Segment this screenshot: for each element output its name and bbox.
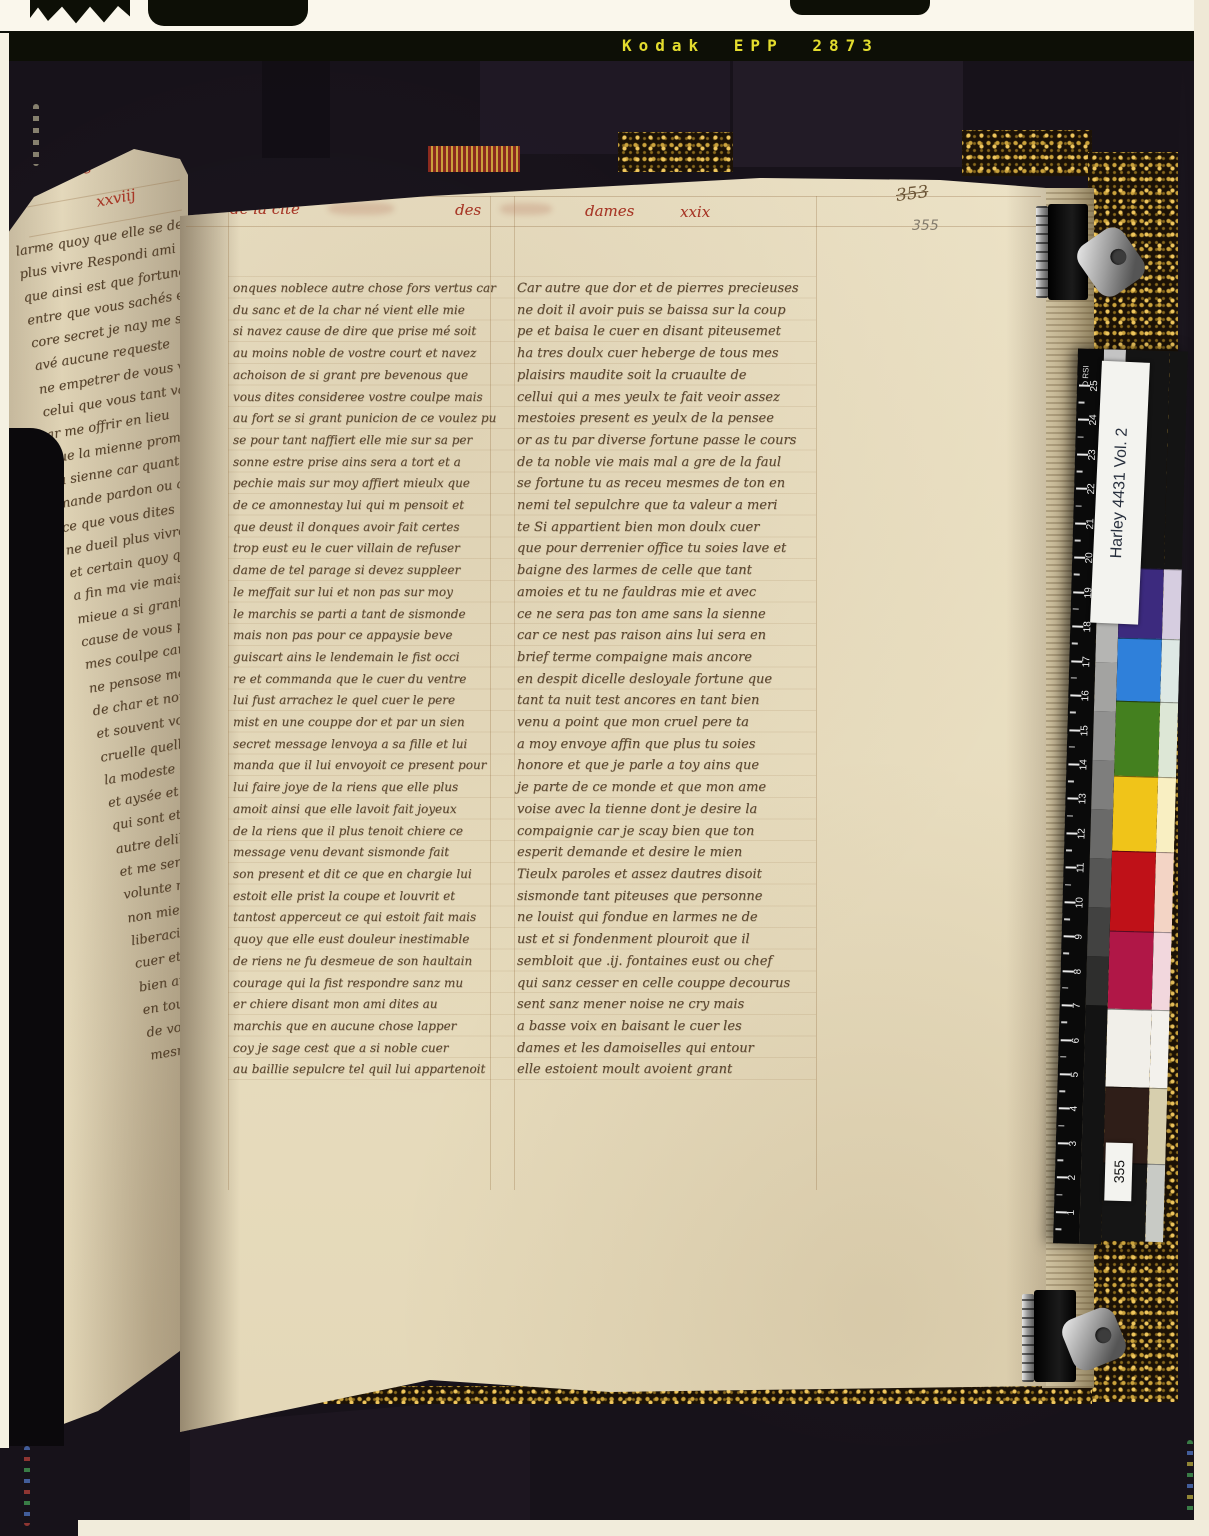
ruler-number: 6	[1070, 1033, 1084, 1047]
ruler-half-tick	[1063, 953, 1069, 955]
manuscript-line: secret message lenvoya a sa fille et lui	[233, 734, 491, 756]
film-notch-tab	[148, 0, 308, 26]
ruler-number: 12	[1075, 826, 1089, 840]
ruler-half-tick	[1067, 815, 1073, 817]
manuscript-line: mestoies present es yeulx de la pensee	[517, 408, 817, 430]
right-page: de la cite des dames xxix 353 355 onques…	[180, 170, 1046, 1438]
erased-rubric-ghost	[500, 203, 552, 215]
grayscale-step	[1091, 760, 1114, 810]
manuscript-line: de ta noble vie mais mal a gre de la fau…	[517, 452, 817, 474]
ruler-half-tick	[1071, 677, 1077, 679]
manuscript-line: de riens ne fu desmeue de son haultain	[233, 951, 491, 973]
film-stock-label: Kodak EPP 2873	[622, 36, 879, 55]
binder-clip-bar	[1036, 206, 1048, 298]
felt-strap	[262, 58, 330, 158]
running-title-part: des	[455, 201, 481, 219]
ruler-half-tick	[1073, 608, 1079, 610]
manuscript-line: se pour tant naffiert elle mie sur sa pe…	[233, 430, 491, 452]
ruler-half-tick	[1078, 402, 1084, 404]
manuscript-line: courage qui la fist respondre sanz mu	[233, 973, 491, 995]
grayscale-step	[1093, 711, 1116, 761]
manuscript-line: pechie mais sur moy affiert mieulx que	[233, 473, 491, 495]
manuscript-line: au baillie sepulcre tel quil lui apparte…	[233, 1059, 491, 1081]
binder-clip-bar	[1022, 1294, 1034, 1382]
ruler-number: 4	[1068, 1102, 1082, 1116]
manuscript-line: re et commanda que le cuer du ventre	[233, 669, 491, 691]
manuscript-line: dame de tel parage si devez suppleer	[233, 560, 491, 582]
manuscript-line: je parte de ce monde et que mon ame	[517, 777, 817, 799]
ruler-number: 17	[1080, 654, 1094, 668]
manuscript-line: que pour derrenier office tu soies lave …	[517, 538, 817, 560]
manuscript-line: le marchis se parti a tant de sismonde	[233, 604, 491, 626]
film-edge-marks	[33, 104, 39, 166]
manuscript-line: si navez cause de dire que prise mé soit	[233, 321, 491, 343]
volume-label-text: Harley 4431 Vol. 2	[1108, 427, 1132, 558]
ruler-half-tick	[1062, 987, 1068, 989]
manuscript-line: plaisirs maudite soit la cruaulte de	[517, 365, 817, 387]
grayscale-step	[1086, 956, 1109, 1006]
ruler-number: 1	[1065, 1205, 1079, 1219]
ruler-half-tick	[1061, 1022, 1067, 1024]
manuscript-line: cellui qui a mes yeulx te fait veoir ass…	[517, 387, 817, 409]
ruler-number: 16	[1079, 689, 1093, 703]
color-patch-green	[1114, 701, 1160, 777]
folio-label-text: 355	[1110, 1160, 1127, 1184]
manuscript-line: compaignie car je scay bien que ton	[517, 821, 817, 843]
grayscale-step	[1088, 858, 1111, 908]
folio-number-ink-struck: 353	[895, 182, 930, 206]
manuscript-line: elle estoient moult avoient grant	[517, 1059, 817, 1081]
film-frame-right	[1194, 0, 1209, 1536]
felt-patch	[733, 55, 963, 167]
running-title-part: xxix	[680, 203, 710, 221]
ruler-half-tick	[1072, 643, 1078, 645]
manuscript-line: du sanc et de la char né vient elle mie	[233, 300, 491, 322]
manuscript-line: Car autre que dor et de pierres precieus…	[517, 278, 817, 300]
ruler-number: 15	[1078, 723, 1092, 737]
ruler-number: 2	[1066, 1171, 1080, 1185]
text-column-2: Car autre que dor et de pierres precieus…	[517, 278, 817, 1081]
grayscale-step	[1090, 809, 1113, 859]
manuscript-line: le meffait sur lui et non pas sur moy	[233, 582, 491, 604]
ruler-number: 3	[1067, 1136, 1081, 1150]
manuscript-line: er chiere disant mon ami dites au	[233, 994, 491, 1016]
manuscript-line: tant ta nuit test ancores en tant bien	[517, 690, 817, 712]
manuscript-line: Tieulx paroles et assez dautres disoit	[517, 864, 817, 886]
film-frame-bottom	[78, 1520, 1209, 1536]
ruler-half-tick	[1058, 1125, 1064, 1127]
color-patch-yellow	[1112, 776, 1158, 852]
manuscript-line: quoy que elle eust douleur inestimable	[233, 929, 491, 951]
manuscript-line: guiscart ains le lendemain le fist occi	[233, 647, 491, 669]
ruler-half-tick	[1066, 849, 1072, 851]
color-patch-blue	[1116, 638, 1162, 702]
manuscript-line: ce ne sera pas ton ame sans la sienne	[517, 604, 817, 626]
ruler-half-tick	[1076, 505, 1082, 507]
ruler-number: 14	[1077, 758, 1091, 772]
ruler-half-tick	[1075, 539, 1081, 541]
grayscale-step	[1094, 662, 1117, 712]
manuscript-line: pe et baisa le cuer en disant piteusemet	[517, 321, 817, 343]
ruler-number: 13	[1076, 792, 1090, 806]
ruler-top-label: D RSI	[1081, 353, 1091, 387]
ruler-half-tick	[1070, 712, 1076, 714]
manuscript-line: au fort se si grant punicion de ce voule…	[233, 408, 491, 430]
tint-patch-green	[1158, 702, 1178, 777]
manuscript-line: honore et que je parle a toy ains que	[517, 755, 817, 777]
color-patch-white	[1105, 1009, 1151, 1088]
film-frame-bar	[0, 31, 1196, 61]
manuscript-line: marchis que en aucune chose lapper	[233, 1016, 491, 1038]
manuscript-line: esperit demande et desire le mien	[517, 842, 817, 864]
ruler-number: 5	[1069, 1067, 1083, 1081]
ruler-number: 11	[1074, 861, 1088, 875]
tint-patch-white	[1149, 1010, 1169, 1088]
manuscript-line: venu a point que mon cruel pere ta	[517, 712, 817, 734]
manuscript-line: a moy envoye affin que plus tu soies	[517, 734, 817, 756]
ruler-half-tick	[1074, 574, 1080, 576]
manuscript-line: message venu devant sismonde fait	[233, 842, 491, 864]
text-column-1: onques noblece autre chose fors vertus c…	[233, 278, 491, 1081]
manuscript-line: estoit elle prist la coupe et louvrit et	[233, 886, 491, 908]
manuscript-line: achoison de si grant pre bevenous que	[233, 365, 491, 387]
manuscript-line: car ce nest pas raison ains lui sera en	[517, 625, 817, 647]
manuscript-line: mist en une couppe dor et par un sien	[233, 712, 491, 734]
grayscale-step	[1087, 907, 1110, 957]
manuscript-line: amoit ainsi que elle lavoit fait joyeux	[233, 799, 491, 821]
manuscript-line: qui sanz cesser en celle couppe decourus	[517, 973, 817, 995]
manuscript-line: onques noblece autre chose fors vertus c…	[233, 278, 491, 300]
tint-patch-red	[1154, 852, 1174, 932]
manuscript-line: manda que il lui envoyoit ce present pou…	[233, 755, 491, 777]
manuscript-line: tantost apperceut ce qui estoit fait mai…	[233, 907, 491, 929]
manuscript-line: voise avec la tienne dont je desire la	[517, 799, 817, 821]
ruler-half-tick	[1064, 918, 1070, 920]
erased-rubric-ghost	[328, 202, 394, 215]
manuscript-line: amoies et tu ne fauldras mie et avec	[517, 582, 817, 604]
ruler-number: 9	[1072, 930, 1086, 944]
page-clamp	[8, 428, 64, 1446]
film-edge-marks	[1187, 1440, 1193, 1516]
folio-label: 355	[1104, 1143, 1133, 1202]
film-edge-marks	[24, 1446, 30, 1526]
ruler-half-tick	[1057, 1159, 1063, 1161]
color-patch-crimson	[1108, 931, 1154, 1010]
tint-patch-blue	[1160, 639, 1180, 702]
manuscript-line: baigne des larmes de celle que tant	[517, 560, 817, 582]
manuscript-line: son present et dit ce que en chargie lui	[233, 864, 491, 886]
manuscript-line: en despit dicelle desloyale fortune que	[517, 669, 817, 691]
binding-spine-stripe	[428, 146, 520, 172]
tint-patch-brown	[1147, 1088, 1167, 1164]
film-notch-tab	[790, 0, 930, 15]
manuscript-line: sonne estre prise ains sera a tort et a	[233, 452, 491, 474]
folio-number-pencil: 355	[912, 218, 939, 234]
manuscript-line: se fortune tu as receu mesmes de ton en	[517, 473, 817, 495]
manuscript-line: te Si appartient bien mon doulx cuer	[517, 517, 817, 539]
tint-patch-crimson	[1152, 932, 1172, 1010]
running-title-part: dames	[585, 202, 634, 220]
manuscript-line: or as tu par diverse fortune passe le co…	[517, 430, 817, 452]
manuscript-line: sismonde tant piteuses que personne	[517, 886, 817, 908]
manuscript-line: vous dites consideree vostre coulpe mais	[233, 387, 491, 409]
manuscript-line: de ce amonnestay lui qui m pensoit et	[233, 495, 491, 517]
manuscript-photograph: dames xxviij larme quoy que elle se deli…	[0, 0, 1209, 1536]
tint-patch-black	[1145, 1164, 1165, 1242]
manuscript-line: coy je sage cest que a si noble cuer	[233, 1038, 491, 1060]
manuscript-line: sembloit que .ij. fontaines eust ou chef	[517, 951, 817, 973]
manuscript-line: au moins noble de vostre court et navez	[233, 343, 491, 365]
manuscript-line: ust et si fondenment plouroit que il	[517, 929, 817, 951]
gold-tooled-edge-top	[618, 132, 733, 172]
manuscript-line: nemi tel sepulchre que ta valeur a meri	[517, 495, 817, 517]
manuscript-line: brief terme compaigne mais ancore	[517, 647, 817, 669]
ruler-half-tick	[1060, 1056, 1066, 1058]
ruler-half-tick	[1056, 1194, 1062, 1196]
ruler-half-tick	[1078, 436, 1084, 438]
manuscript-line: lui fust arrachez le quel cuer le pere	[233, 690, 491, 712]
manuscript-line: ne louist qui fondue en larmes ne de	[517, 907, 817, 929]
fore-edge-shading	[1006, 170, 1046, 1438]
manuscript-line: que deust il donques avoir fait certes	[233, 517, 491, 539]
tint-patch-yellow	[1156, 777, 1176, 852]
manuscript-line: dames et les damoiselles qui entour	[517, 1038, 817, 1060]
ruler-half-tick	[1065, 884, 1071, 886]
manuscript-line: de la riens que il plus tenoit chiere ce	[233, 821, 491, 843]
manuscript-line: ha tres doulx cuer heberge de tous mes	[517, 343, 817, 365]
ruler-number: 10	[1073, 895, 1087, 909]
manuscript-line: ne doit il avoir puis se baissa sur la c…	[517, 300, 817, 322]
ruler-half-tick	[1055, 1228, 1061, 1230]
tint-patch-purple	[1162, 569, 1182, 639]
film-frame-left	[0, 33, 9, 1448]
manuscript-line: a basse voix en baisant le cuer les	[517, 1016, 817, 1038]
ruler-half-tick	[1068, 780, 1074, 782]
manuscript-line: lui faire joye de la riens que elle plus	[233, 777, 491, 799]
ruler-half-tick	[1059, 1090, 1065, 1092]
manuscript-line: sent sanz mener noise ne cry mais	[517, 994, 817, 1016]
ruler-number: 8	[1071, 964, 1085, 978]
color-patch-red	[1110, 851, 1156, 932]
gold-tooled-edge-top	[962, 130, 1092, 176]
manuscript-line: mais non pas pour ce appaysie beve	[233, 625, 491, 647]
ruler-half-tick	[1077, 471, 1083, 473]
manuscript-line: trop eust eu le cuer villain de refuser	[233, 538, 491, 560]
ruler-number: 7	[1070, 999, 1084, 1013]
ruler-half-tick	[1069, 746, 1075, 748]
